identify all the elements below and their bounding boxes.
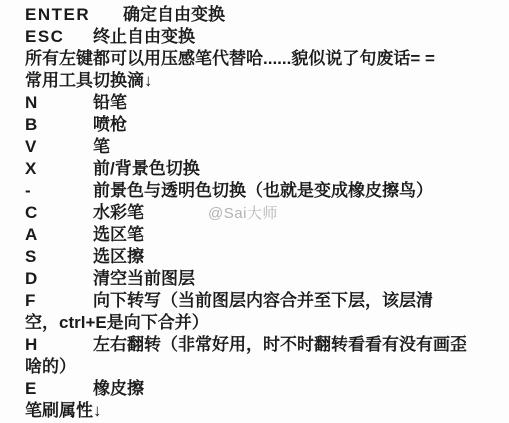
shortcut-desc: 铅笔: [93, 92, 127, 114]
continuation-text: 啥的）: [25, 356, 76, 378]
shortcut-desc: 前景色与透明色切换（也就是变成橡皮擦鸟）: [93, 180, 433, 202]
shortcut-key: E: [25, 378, 93, 400]
shortcut-key: H: [25, 334, 93, 356]
shortcut-desc: 确定自由变换: [123, 4, 225, 26]
continuation-text: 空，ctrl+E是向下合并）: [25, 312, 209, 334]
shortcut-list-document: ENTER 确定自由变换 ESC 终止自由变换 所有左键都可以用压感笔代替哈..…: [0, 0, 509, 423]
watermark-text: @Sai大师: [208, 203, 278, 225]
shortcut-key: ESC: [25, 26, 93, 48]
shortcut-desc: 前/背景色切换: [93, 158, 200, 180]
shortcut-key: V: [25, 136, 93, 158]
shortcut-desc: 水彩笔: [93, 202, 144, 224]
shortcut-desc: 终止自由变换: [93, 26, 195, 48]
heading-text: 笔刷属性↓: [25, 400, 102, 422]
shortcut-row: V 笔: [25, 136, 501, 158]
section-heading: 笔刷属性↓: [25, 400, 501, 422]
heading-text: 常用工具切换滴↓: [25, 70, 153, 92]
section-heading: 常用工具切换滴↓: [25, 70, 501, 92]
shortcut-desc: 喷枪: [93, 114, 127, 136]
shortcut-key: B: [25, 114, 93, 136]
shortcut-key: -: [25, 180, 93, 202]
shortcut-row: X 前/背景色切换: [25, 158, 501, 180]
shortcut-row: H 左右翻转（非常好用，时不时翻转看看有没有画歪: [25, 334, 501, 356]
shortcut-desc: 橡皮擦: [93, 378, 144, 400]
shortcut-row: E 橡皮擦: [25, 378, 501, 400]
shortcut-desc: 笔: [93, 136, 110, 158]
shortcut-key: ENTER: [25, 4, 93, 26]
shortcut-desc: 左右翻转（非常好用，时不时翻转看看有没有画歪: [93, 334, 467, 356]
shortcut-row: ESC 终止自由变换: [25, 26, 501, 48]
shortcut-key: A: [25, 224, 93, 246]
shortcut-desc: 选区笔: [93, 224, 144, 246]
shortcut-row: C 水彩笔 @Sai大师: [25, 202, 501, 224]
wrapped-continuation-line: 啥的）: [25, 356, 501, 378]
shortcut-row: - 前景色与透明色切换（也就是变成橡皮擦鸟）: [25, 180, 501, 202]
shortcut-row: F 向下转写（当前图层内容合并至下层，该层清: [25, 290, 501, 312]
shortcut-row: S 选区擦: [25, 246, 501, 268]
shortcut-key: F: [25, 290, 93, 312]
shortcut-key: X: [25, 158, 93, 180]
shortcut-desc: 选区擦: [93, 246, 144, 268]
shortcut-row: D 清空当前图层: [25, 268, 501, 290]
shortcut-key: S: [25, 246, 93, 268]
shortcut-key: C: [25, 202, 93, 224]
shortcut-key: D: [25, 268, 93, 290]
note-text: 所有左键都可以用压感笔代替哈......貌似说了句废话= =: [25, 48, 435, 70]
shortcut-row: A 选区笔: [25, 224, 501, 246]
shortcut-row: N 铅笔: [25, 92, 501, 114]
wrapped-continuation-line: 空，ctrl+E是向下合并）: [25, 312, 501, 334]
shortcut-row: B 喷枪: [25, 114, 501, 136]
shortcut-key: N: [25, 92, 93, 114]
shortcut-desc: 向下转写（当前图层内容合并至下层，该层清: [93, 290, 433, 312]
note-line: 所有左键都可以用压感笔代替哈......貌似说了句废话= =: [25, 48, 501, 70]
shortcut-row: ENTER 确定自由变换: [25, 4, 501, 26]
shortcut-desc: 清空当前图层: [93, 268, 195, 290]
